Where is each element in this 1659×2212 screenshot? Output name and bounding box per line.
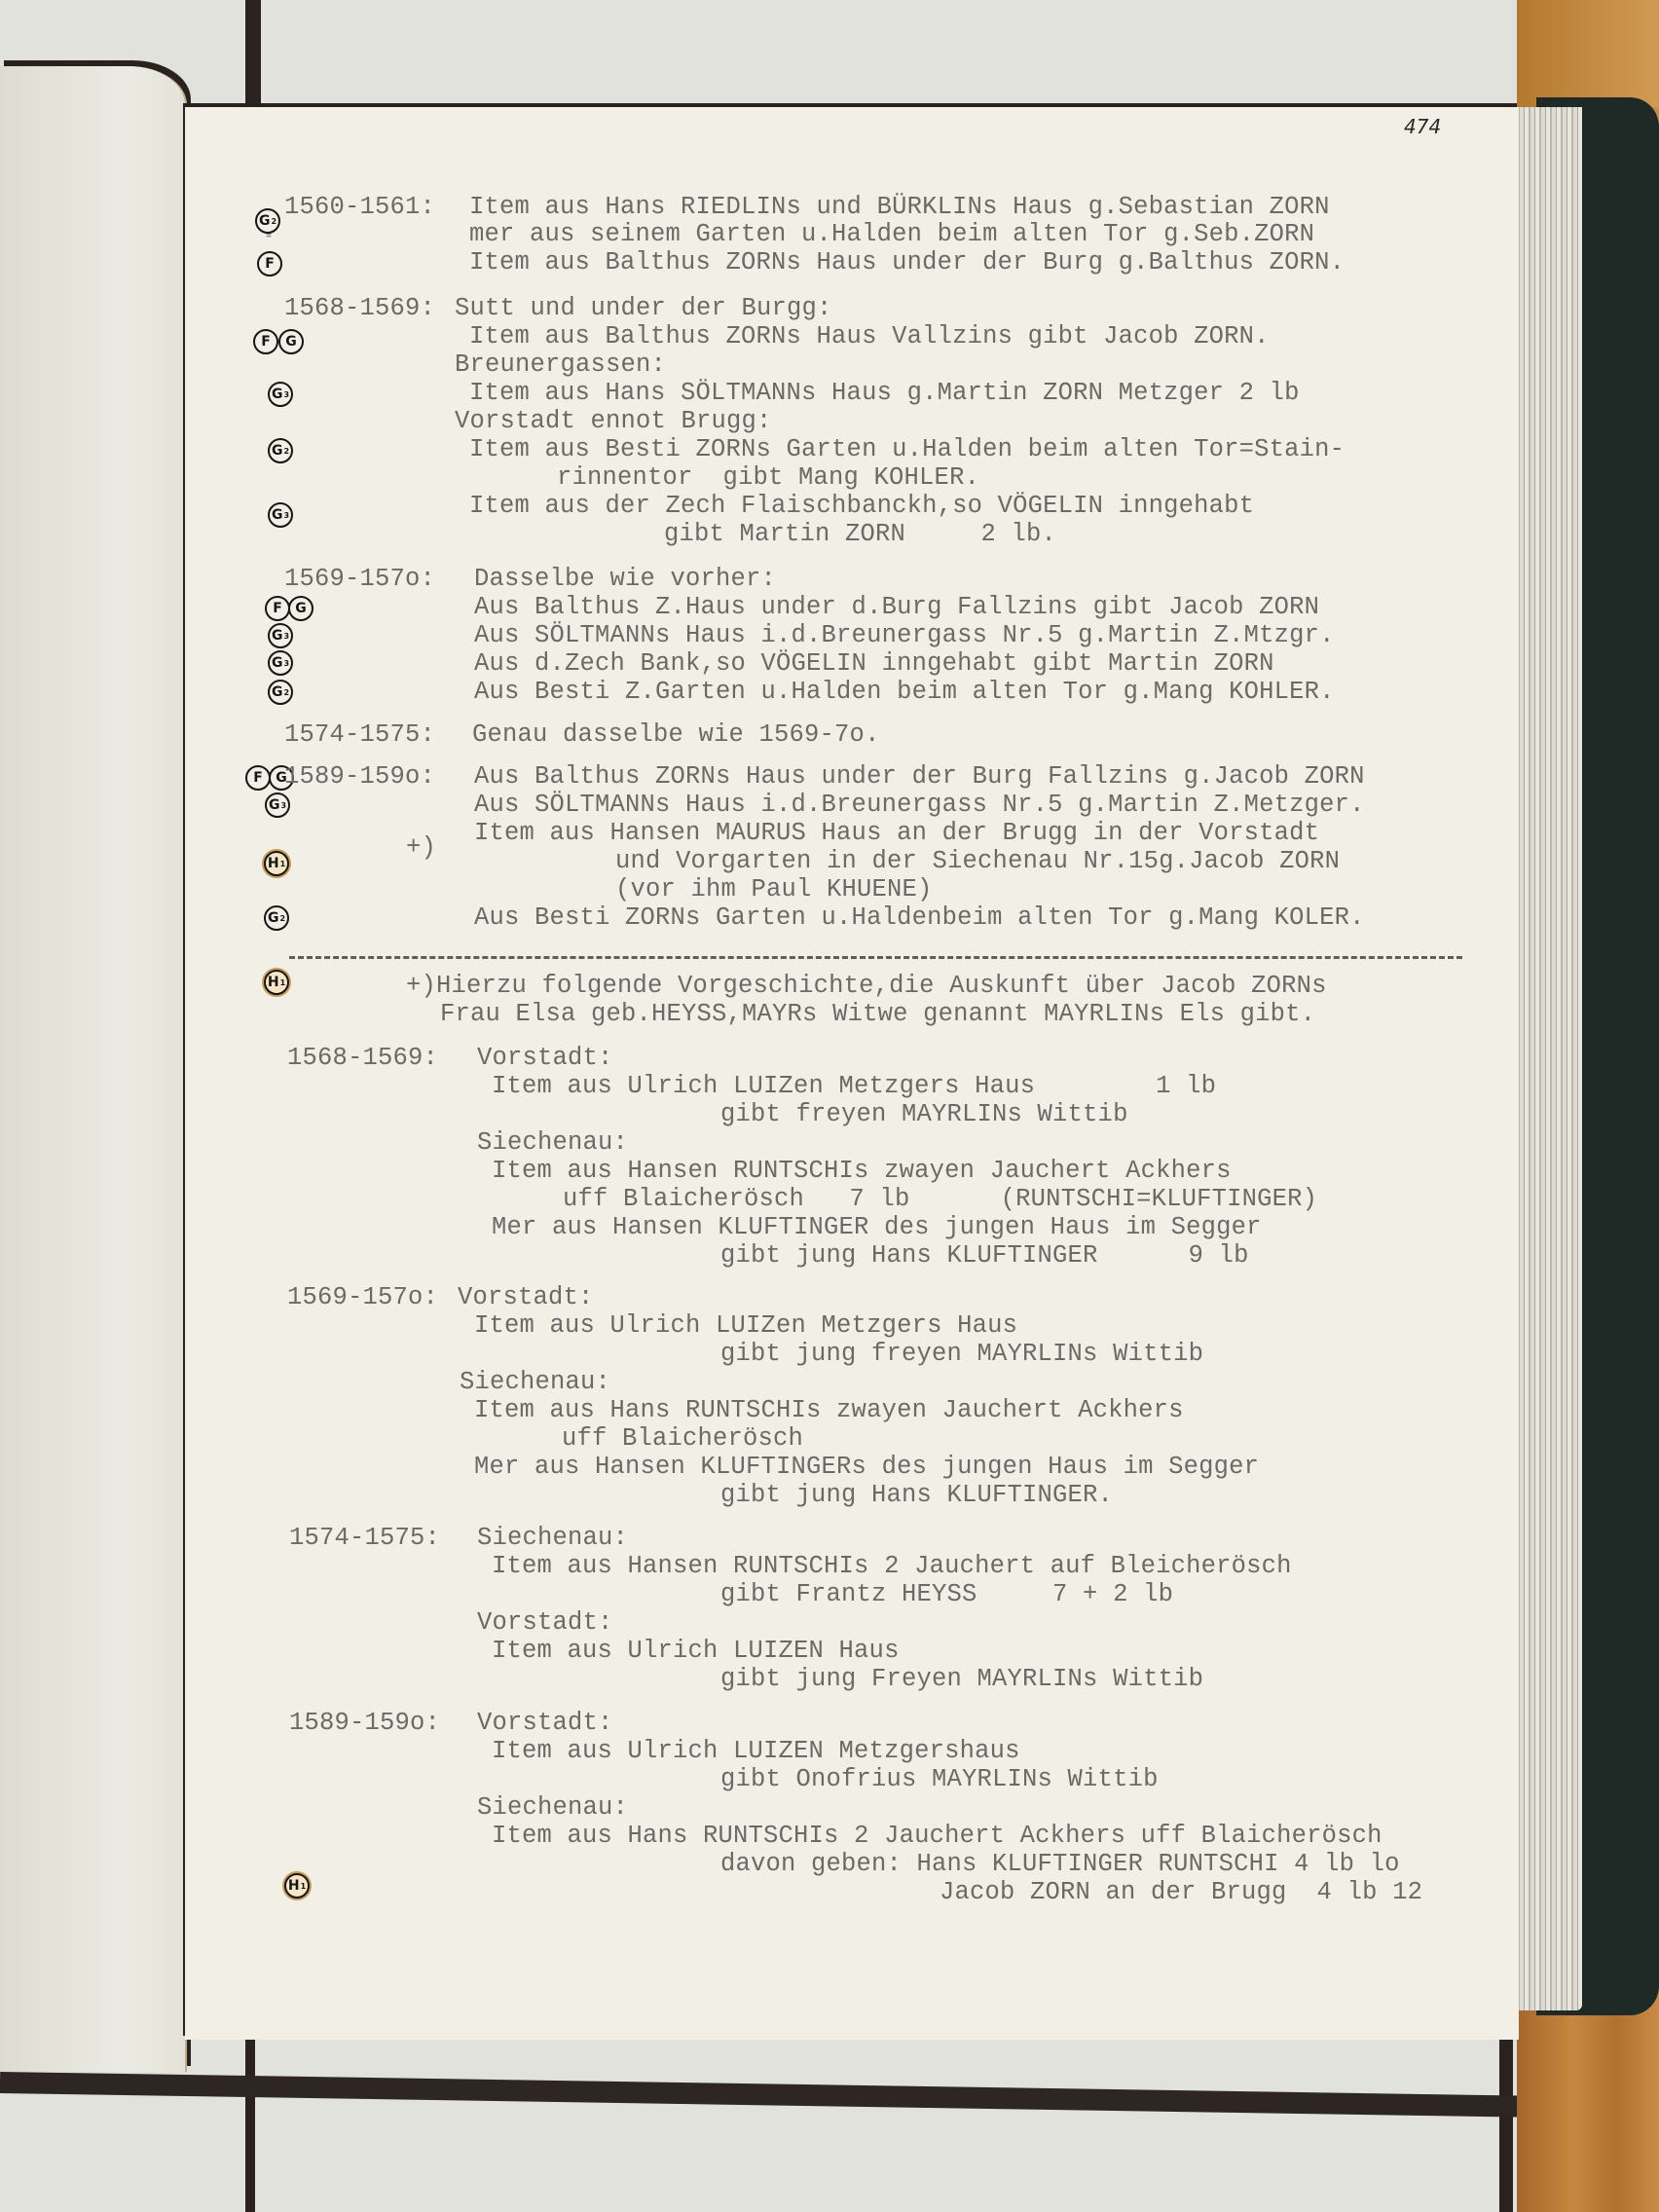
- margin-mark-g2-icon: G2: [255, 208, 280, 234]
- tile-grout: [1499, 2025, 1513, 2212]
- text-line: Breunergassen:: [455, 350, 666, 379]
- year-label: 1574-1575:: [289, 1524, 440, 1552]
- text-line: davon geben: Hans KLUFTINGER RUNTSCHI 4 …: [720, 1850, 1400, 1878]
- text-line: Aus d.Zech Bank,so VÖGELIN inngehabt gib…: [474, 649, 1274, 678]
- text-line: Jacob ZORN an der Brugg 4 lb 12: [940, 1878, 1422, 1906]
- text-line: Siechenau:: [477, 1793, 628, 1822]
- text-line: Siechenau:: [477, 1524, 628, 1552]
- text-line: Aus Balthus Z.Haus under d.Burg Fallzins…: [474, 593, 1319, 621]
- year-label: 1574-1575:: [284, 720, 435, 749]
- text-line: gibt jung freyen MAYRLINs Wittib: [720, 1340, 1203, 1368]
- text-line: Mer aus Hansen KLUFTINGER des jungen Hau…: [492, 1213, 1262, 1241]
- text-line: Item aus Ulrich LUIZen Metzgers Haus: [474, 1311, 1017, 1340]
- left-page: [0, 66, 187, 2072]
- text-line: Item aus Balthus ZORNs Haus under der Bu…: [469, 248, 1345, 276]
- year-label: 1569-157o:: [287, 1283, 438, 1311]
- text-line: Item aus Ulrich LUIZen Metzgers Haus 1 l…: [492, 1072, 1216, 1100]
- margin-mark-g2-icon: G2: [264, 905, 289, 931]
- text-line: gibt Martin ZORN 2 lb.: [664, 520, 1056, 548]
- footnote-text: +)Hierzu folgende Vorgeschichte,die Ausk…: [406, 972, 1327, 1000]
- text-line: Vorstadt:: [458, 1283, 594, 1311]
- margin-mark-h1-icon: H1: [284, 1873, 310, 1899]
- year-label: 1568-1569:: [287, 1044, 438, 1072]
- text-line: Vorstadt:: [477, 1044, 613, 1072]
- text-line: Item aus Hansen RUNTSCHIs zwayen Jaucher…: [492, 1157, 1232, 1185]
- margin-mark-g3-icon: G3: [268, 382, 293, 407]
- margin-mark-g3-icon: G3: [265, 793, 290, 818]
- text-line: gibt Frantz HEYSS 7 + 2 lb: [720, 1580, 1173, 1608]
- margin-mark-g2-icon: G2: [268, 438, 293, 463]
- text-line: Item aus Hans RIEDLINs und BÜRKLINs Haus…: [469, 193, 1330, 221]
- text-line: Item aus Hans RUNTSCHIs zwayen Jauchert …: [474, 1396, 1184, 1424]
- text-line: gibt jung Freyen MAYRLINs Wittib: [720, 1665, 1203, 1693]
- text-line: Item aus Hansen MAURUS Haus an der Brugg…: [474, 819, 1319, 847]
- margin-mark-f-icon: F: [257, 251, 282, 276]
- text-line: Item aus Balthus ZORNs Haus Vallzins gib…: [469, 322, 1270, 350]
- margin-mark-g2-icon: G2: [268, 680, 293, 705]
- text-line: gibt jung Hans KLUFTINGER.: [720, 1481, 1113, 1509]
- text-line: gibt freyen MAYRLINs Wittib: [720, 1100, 1128, 1128]
- text-line: Aus Balthus ZORNs Haus under der Burg Fa…: [474, 762, 1365, 791]
- wooden-surface: [1517, 0, 1659, 107]
- footnote-marker: +): [406, 833, 436, 862]
- text-line: Mer aus Hansen KLUFTINGERs des jungen Ha…: [474, 1453, 1259, 1481]
- margin-mark-g3-icon: G3: [268, 650, 293, 676]
- section-heading: Genau dasselbe wie 1569-7o.: [472, 720, 880, 749]
- margin-mark-g-icon: G: [288, 596, 313, 621]
- text-line: Vorstadt:: [477, 1608, 613, 1637]
- section-divider: [289, 956, 1462, 959]
- text-line: Vorstadt:: [477, 1709, 613, 1737]
- page-number: 474: [1404, 115, 1441, 138]
- margin-mark-g-icon: G: [278, 329, 304, 354]
- year-label: 1589-159o:: [289, 1709, 440, 1737]
- year-label: 1568-1569:: [284, 294, 435, 322]
- text-line: und Vorgarten in der Siechenau Nr.15g.Ja…: [615, 847, 1340, 875]
- margin-mark-g3-icon: G3: [268, 502, 293, 528]
- text-line: Item aus Ulrich LUIZEN Metzgershaus: [492, 1737, 1020, 1765]
- text-line: Item aus Ulrich LUIZEN Haus: [492, 1637, 900, 1665]
- text-line: Item aus Hans SÖLTMANNs Haus g.Martin ZO…: [469, 379, 1300, 407]
- text-line: uff Blaicherösch 7 lb (RUNTSCHI=KLUFTING…: [563, 1185, 1317, 1213]
- text-line: gibt jung Hans KLUFTINGER 9 lb: [720, 1241, 1249, 1270]
- margin-mark-h1-icon: H1: [264, 851, 289, 876]
- margin-mark-g3-icon: G3: [268, 623, 293, 648]
- text-line: (vor ihm Paul KHUENE): [615, 875, 933, 903]
- section-heading: Dasselbe wie vorher:: [474, 565, 776, 593]
- text-line: Siechenau:: [460, 1368, 610, 1396]
- text-line: Item aus der Zech Flaischbanckh,so VÖGEL…: [469, 492, 1254, 520]
- text-line: Siechenau:: [477, 1128, 628, 1157]
- text-line: Aus Besti ZORNs Garten u.Haldenbeim alte…: [474, 903, 1365, 932]
- text-line: rinnentor gibt Mang KOHLER.: [557, 463, 979, 492]
- page-edges: [1514, 107, 1582, 2010]
- section-heading: Sutt und under der Burgg:: [455, 294, 832, 322]
- text-line: Item aus Besti ZORNs Garten u.Halden bei…: [469, 435, 1345, 463]
- text-line: Item aus Hans RUNTSCHIs 2 Jauchert Ackhe…: [492, 1822, 1382, 1850]
- year-label: 1569-157o:: [284, 565, 435, 593]
- year-label: 1589-159o:: [284, 762, 435, 791]
- tile-grout: [245, 2025, 255, 2212]
- margin-mark-f-icon: F: [245, 765, 271, 791]
- footnote-text: Frau Elsa geb.HEYSS,MAYRs Witwe genannt …: [440, 1000, 1315, 1028]
- text-line: uff Blaicherösch: [562, 1424, 803, 1453]
- equals-mark: =: [266, 232, 272, 242]
- text-line: Item aus Hansen RUNTSCHIs 2 Jauchert auf…: [492, 1552, 1292, 1580]
- margin-mark-f-icon: F: [253, 329, 278, 354]
- text-line: Aus Besti Z.Garten u.Halden beim alten T…: [474, 678, 1335, 706]
- text-line: Aus SÖLTMANNs Haus i.d.Breunergass Nr.5 …: [474, 621, 1335, 649]
- margin-mark-h1-icon: H1: [264, 970, 289, 995]
- text-line: mer aus seinem Garten u.Halden beim alte…: [469, 220, 1314, 248]
- year-label: 1560-1561:: [284, 193, 435, 221]
- text-line: gibt Onofrius MAYRLINs Wittib: [720, 1765, 1159, 1793]
- margin-mark-f-icon: F: [265, 596, 290, 621]
- text-line: Aus SÖLTMANNs Haus i.d.Breunergass Nr.5 …: [474, 791, 1365, 819]
- text-line: Vorstadt ennot Brugg:: [455, 407, 772, 435]
